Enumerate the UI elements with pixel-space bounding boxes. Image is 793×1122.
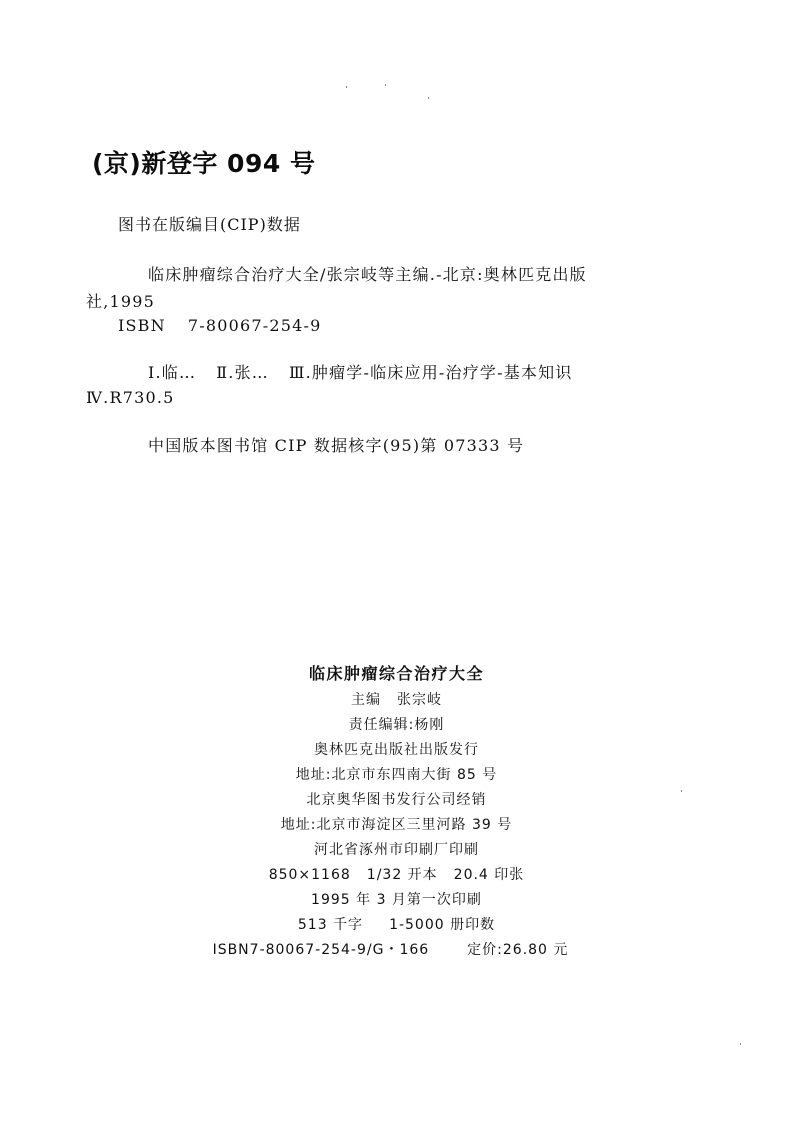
scan-speck: [346, 86, 347, 88]
cip-title: 图书在版编目(CIP)数据: [118, 212, 301, 235]
cip-main-entry-continued: 社,1995: [86, 289, 155, 312]
editor-line: 主编张宗岐: [0, 688, 793, 713]
scan-speck: [385, 84, 386, 86]
edition: 1995 年 3 月第一次印刷: [0, 888, 793, 913]
isbn-label: ISBN: [118, 316, 166, 335]
print-run: 1-5000 册印数: [389, 917, 495, 933]
subject-heading: Ⅲ.肿瘤学-临床应用-治疗学-基本知识: [289, 363, 573, 382]
book-title: 临床肿瘤综合治疗大全: [0, 660, 793, 688]
publisher-address: 地址:北京市东四南大街 85 号: [0, 763, 793, 788]
scan-speck: [681, 790, 682, 792]
publisher: 奥林匹克出版社出版发行: [0, 738, 793, 763]
editor-name: 张宗岐: [397, 692, 442, 708]
format-line: 850×11681/32 开本20.4 印张: [0, 863, 793, 888]
printer: 河北省涿州市印刷厂印刷: [0, 838, 793, 863]
isbn-full: ISBN7-80067-254-9/G・166: [213, 942, 430, 958]
responsible-editor: 责任编辑:杨刚: [0, 713, 793, 738]
distributor-address: 地址:北京市海淀区三里河路 39 号: [0, 813, 793, 838]
scan-speck: [740, 1043, 741, 1045]
count-line: 513 千字1-5000 册印数: [0, 913, 793, 938]
cip-isbn: ISBN7-80067-254-9: [118, 316, 321, 335]
isbn-price-line: ISBN7-80067-254-9/G・166定价:26.80 元: [0, 938, 793, 963]
scan-speck: [428, 97, 429, 99]
price: 定价:26.80 元: [467, 942, 568, 958]
isbn-value: 7-80067-254-9: [188, 316, 322, 335]
distributor: 北京奥华图书发行公司经销: [0, 788, 793, 813]
folio: 1/32 开本: [367, 867, 438, 883]
paper-size: 850×1168: [269, 867, 351, 883]
subject-heading: Ⅰ.临…: [148, 363, 196, 382]
cip-subject-headings: Ⅰ.临…Ⅱ.张…Ⅲ.肿瘤学-临床应用-治疗学-基本知识: [148, 360, 573, 383]
editor-label: 主编: [351, 692, 381, 708]
colophon: 临床肿瘤综合治疗大全 主编张宗岐 责任编辑:杨刚 奥林匹克出版社出版发行 地址:…: [0, 660, 793, 963]
word-count: 513 千字: [298, 917, 363, 933]
registration-heading: (京)新登字 094 号: [92, 144, 315, 180]
sheets: 20.4 印张: [454, 867, 525, 883]
cip-main-entry: 临床肿瘤综合治疗大全/张宗岐等主编.-北京:奥林匹克出版: [148, 262, 587, 285]
subject-heading: Ⅱ.张…: [216, 363, 269, 382]
cip-library-record: 中国版本图书馆 CIP 数据核字(95)第 07333 号: [148, 433, 524, 456]
cip-classification: Ⅳ.R730.5: [86, 388, 175, 407]
